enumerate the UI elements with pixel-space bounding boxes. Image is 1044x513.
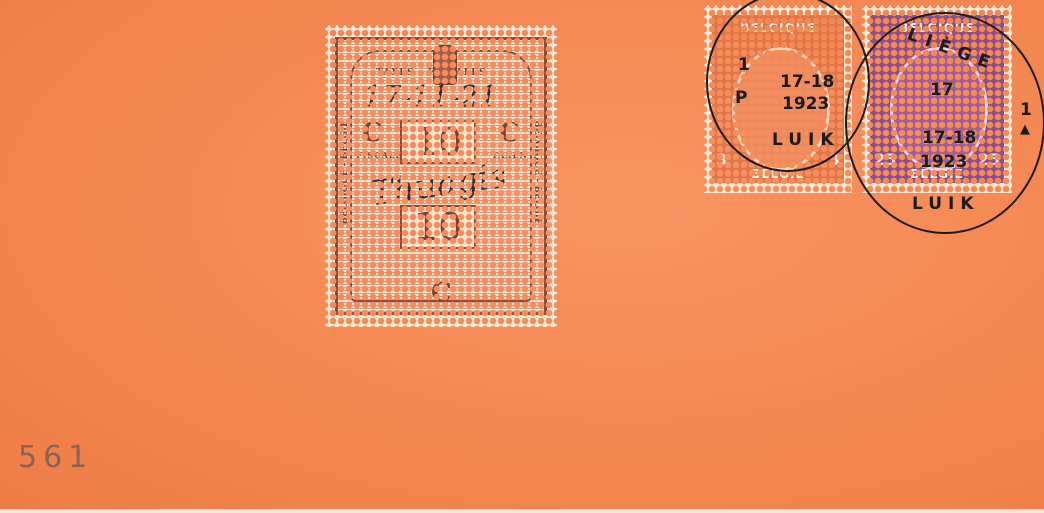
handwritten-date: 17-11-21 [363,80,498,115]
postmark-2-year: 1923 [920,152,967,172]
postmark-2-day: 17 [930,80,954,100]
postmark-1-year: 1923 [782,94,829,114]
revenue-currency: C [431,278,452,308]
postmark-2-town-alt: LUIK [912,194,980,214]
revenue-c-right-icon: C [499,118,520,148]
card-edge [0,509,1044,513]
postmark-2-office: 1 [1020,100,1032,120]
postmark-1-office: 1 [738,55,750,75]
revenue-stamp: TAXES - FISCALES BELGIQUE - BELGIE BELGI… [325,25,557,327]
postmark-1-letter: P [735,88,747,108]
revenue-top-text: TAXES - FISCALES [376,68,486,78]
revenue-value-top: 10 [400,120,476,164]
revenue-value-bottom: 10 [400,205,476,249]
revenue-label-left: FISCALE [356,150,403,160]
revenue-c-left-icon: C [362,118,383,148]
pencil-note: 561 [18,440,93,475]
postmark-2-hours: 17-18 [922,128,976,148]
revenue-right-text: BELGIQUE - BELGIE [532,120,542,225]
revenue-left-text: BELGIQUE - BELGIE [340,120,350,225]
triangle-icon: ▲ [1020,122,1030,137]
postmark-1-hours: 17-18 [780,72,834,92]
coat-of-arms-icon [433,45,457,85]
postmark-1-town-alt: LUIK [772,130,840,150]
